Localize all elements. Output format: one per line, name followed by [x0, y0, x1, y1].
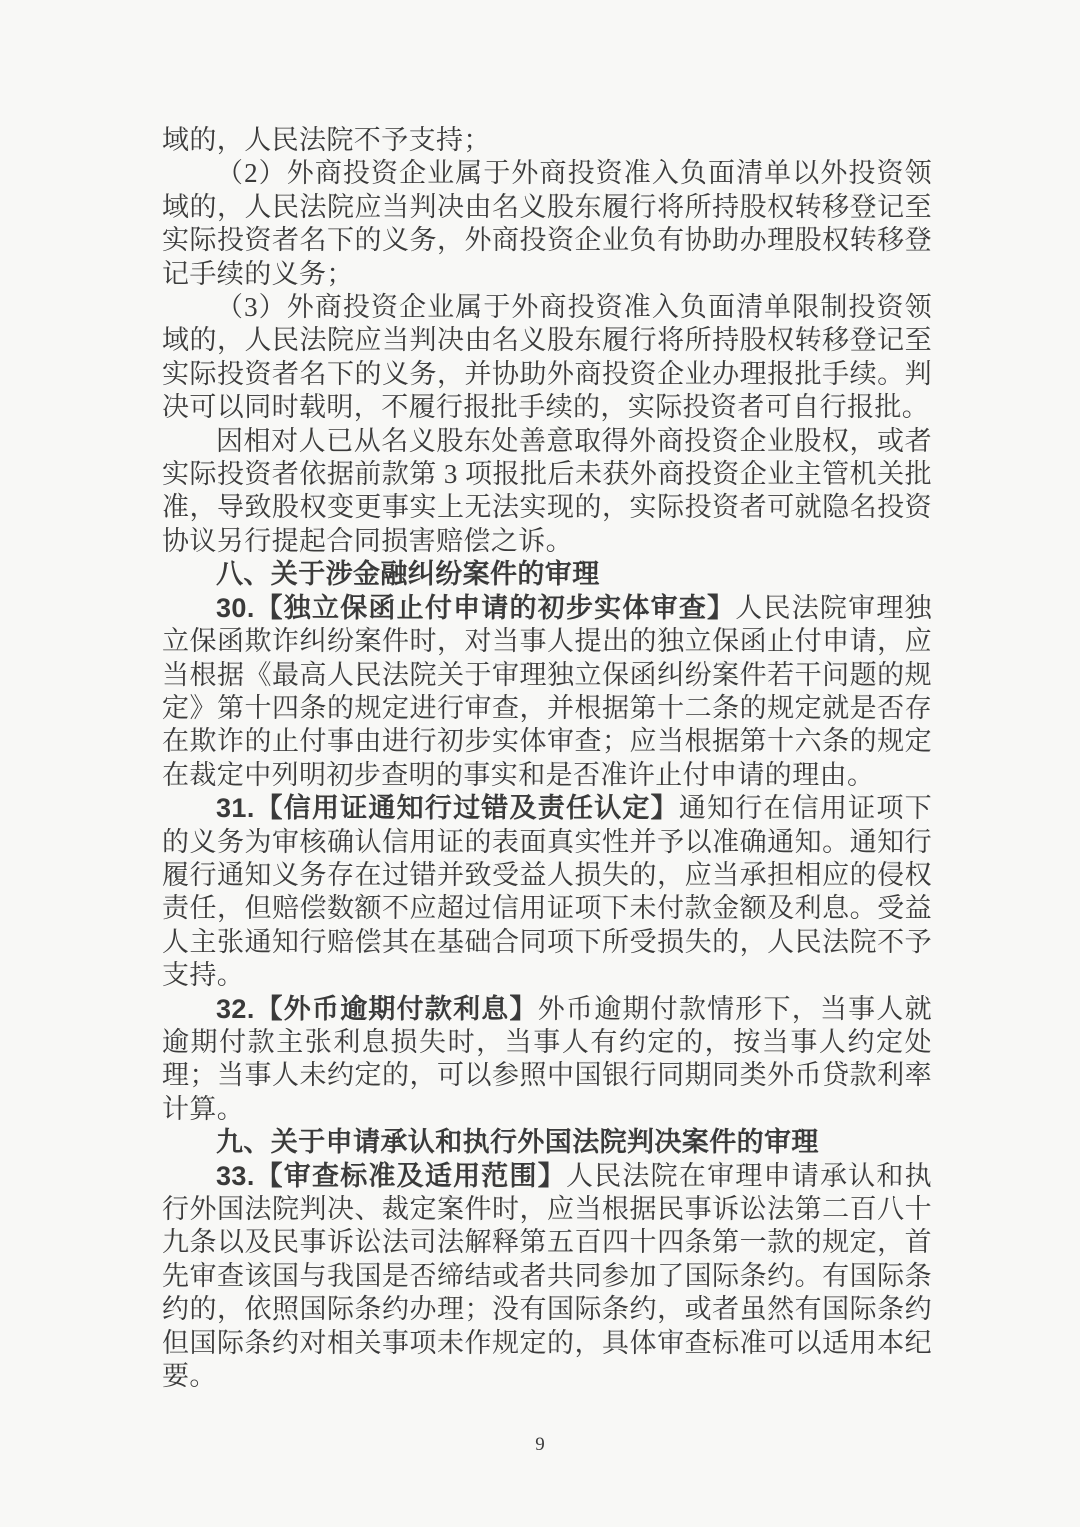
paragraph-text: （3）外商投资企业属于外商投资准入负面清单限制投资领域的，人民法院应当判决由名义… [162, 292, 932, 422]
text-block: 域的，人民法院不予支持；（2）外商投资企业属于外商投资准入负面清单以外投资领域的… [162, 124, 932, 1393]
paragraph: 域的，人民法院不予支持； [162, 124, 932, 157]
item-number-label: 30.【独立保函止付申请的初步实体审查】 [216, 593, 735, 623]
paragraph: 31.【信用证通知行过错及责任认定】通知行在信用证项下的义务为审核确认信用证的表… [162, 792, 932, 992]
document-page: 域的，人民法院不予支持；（2）外商投资企业属于外商投资准入负面清单以外投资领域的… [0, 0, 1080, 1527]
section-heading: 九、关于申请承认和执行外国法院判决案件的审理 [162, 1126, 932, 1159]
item-number-label: 31.【信用证通知行过错及责任认定】 [216, 793, 679, 823]
paragraph-text: 人民法院在审理申请承认和执行外国法院判决、裁定案件时，应当根据民事诉讼法第二百八… [162, 1161, 932, 1391]
paragraph-text: （2）外商投资企业属于外商投资准入负面清单以外投资领域的，人民法院应当判决由名义… [162, 158, 932, 288]
paragraph: 32.【外币逾期付款利息】外币逾期付款情形下，当事人就逾期付款主张利息损失时，当… [162, 993, 932, 1127]
page-number: 9 [535, 1434, 545, 1455]
section-heading-text: 九、关于申请承认和执行外国法院判决案件的审理 [216, 1127, 819, 1157]
section-heading-text: 八、关于涉金融纠纷案件的审理 [216, 559, 600, 589]
paragraph: （2）外商投资企业属于外商投资准入负面清单以外投资领域的，人民法院应当判决由名义… [162, 157, 932, 291]
paragraph: （3）外商投资企业属于外商投资准入负面清单限制投资领域的，人民法院应当判决由名义… [162, 291, 932, 425]
paragraph: 33.【审查标准及适用范围】人民法院在审理申请承认和执行外国法院判决、裁定案件时… [162, 1160, 932, 1394]
paragraph: 30.【独立保函止付申请的初步实体审查】人民法院审理独立保函欺诈纠纷案件时，对当… [162, 592, 932, 792]
paragraph: 因相对人已从名义股东处善意取得外商投资企业股权，或者实际投资者依据前款第 3 项… [162, 425, 932, 559]
item-number-label: 32.【外币逾期付款利息】 [216, 994, 538, 1024]
item-number-label: 33.【审查标准及适用范围】 [216, 1161, 566, 1191]
paragraph-text: 域的，人民法院不予支持； [162, 125, 491, 155]
section-heading: 八、关于涉金融纠纷案件的审理 [162, 558, 932, 591]
page-footer: 9 [0, 1434, 1080, 1456]
paragraph-text: 因相对人已从名义股东处善意取得外商投资企业股权，或者实际投资者依据前款第 3 项… [162, 426, 932, 556]
